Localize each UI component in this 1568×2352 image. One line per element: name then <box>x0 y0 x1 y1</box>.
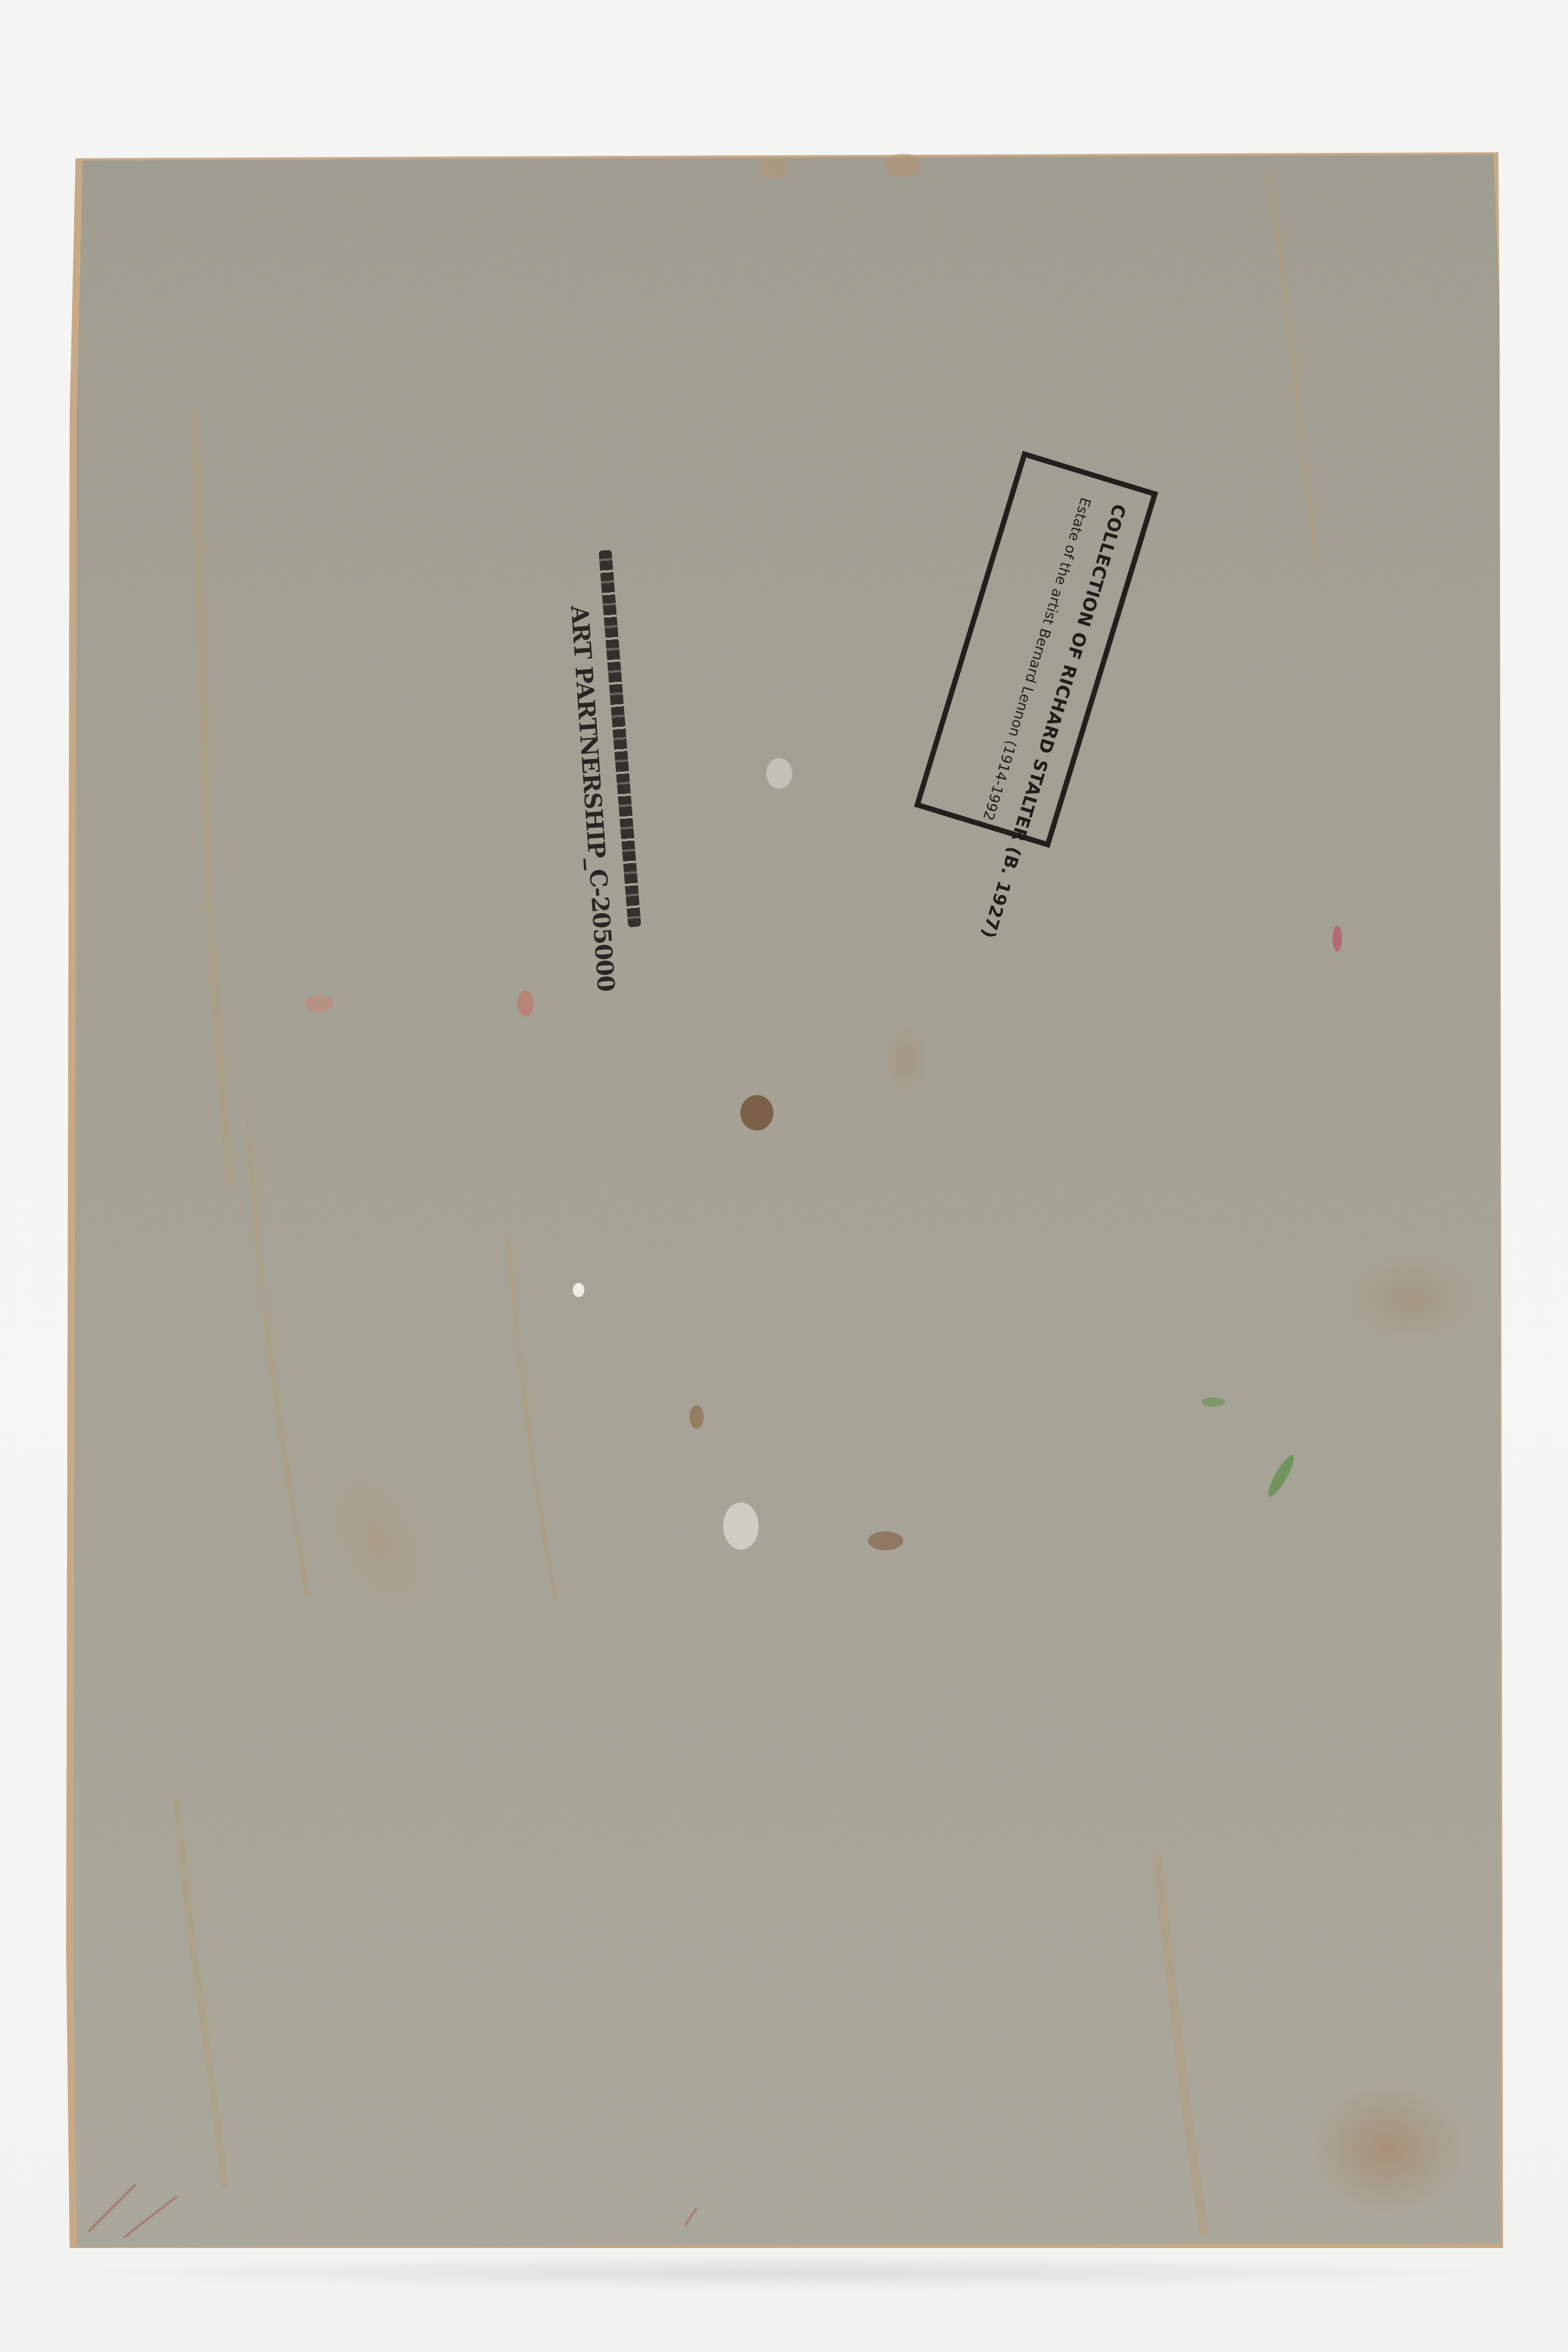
artwork-board-back <box>0 0 1568 2352</box>
board-surface <box>0 0 1568 2352</box>
